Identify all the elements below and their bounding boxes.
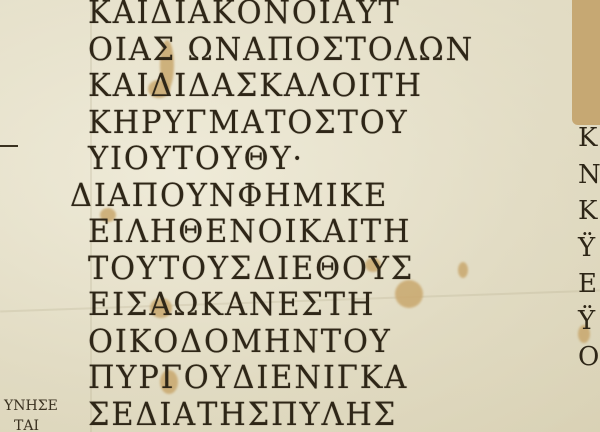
manuscript-line: ΔΙΑΠΟΥΝΦΗΜΙΚΕ — [70, 177, 524, 214]
margin-note: ΤΑΙ — [14, 418, 39, 432]
fragment-letter: Ϋ — [578, 303, 600, 340]
manuscript-line: ΥΙΟΥΤΟΥΘΥ· — [88, 140, 525, 177]
left-column-mark — [0, 145, 18, 147]
manuscript-line: ΠΥΡΓΟΥΔΙΕΝΙΓΚΑ — [88, 359, 525, 396]
fragment-letter: Ν — [578, 157, 600, 194]
fragment-letter: Ε — [578, 266, 600, 303]
manuscript-line: ΤΟΥΤΟΥΣΔΙΕΘΟΥΣ — [88, 250, 525, 287]
tape-patch — [572, 0, 600, 125]
manuscript-line: ΟΙΚΟΔΟΜΗΝΤΟΥ — [88, 323, 525, 360]
manuscript-line: ΚΗΡΥΓΜΑΤΟΣΤΟΥ — [88, 104, 525, 141]
manuscript-line: ΚΑΙΔΙΑΚΟΝΟΙΑΥΤ — [88, 0, 525, 31]
manuscript-line: ΟΙΑΣ ΩΝΑΠΟΣΤΟΛΩΝ — [88, 31, 525, 68]
fragment-letter: Ϋ — [578, 230, 600, 267]
main-text-column: ΚΑΙΔΙΑΚΟΝΟΙΑΥΤ ΟΙΑΣ ΩΝΑΠΟΣΤΟΛΩΝ ΚΑΙΔΙΔΑΣ… — [88, 0, 548, 432]
fragment-letter: Ο — [578, 339, 600, 376]
manuscript-line: ΣΕΔΙΑΤΗΣΠΥΛΗΣ — [88, 396, 525, 432]
manuscript-line: ΕΙΛΗΘΕΝΟΙΚΑΙΤΗ — [88, 213, 525, 250]
right-column-fragment: Κ Ν Κ Ϋ Ε Ϋ Ο — [578, 120, 600, 376]
fragment-letter: Κ — [578, 120, 600, 157]
fragment-letter: Κ — [578, 193, 600, 230]
manuscript-line: ΕΙΣΑΩΚΑΝΕΣΤΗ — [88, 286, 525, 323]
margin-note: ΥΝΗΣΕ — [4, 398, 58, 414]
manuscript-line: ΚΑΙΔΙΔΑΣΚΑΛΟΙΤΗ — [88, 67, 525, 104]
